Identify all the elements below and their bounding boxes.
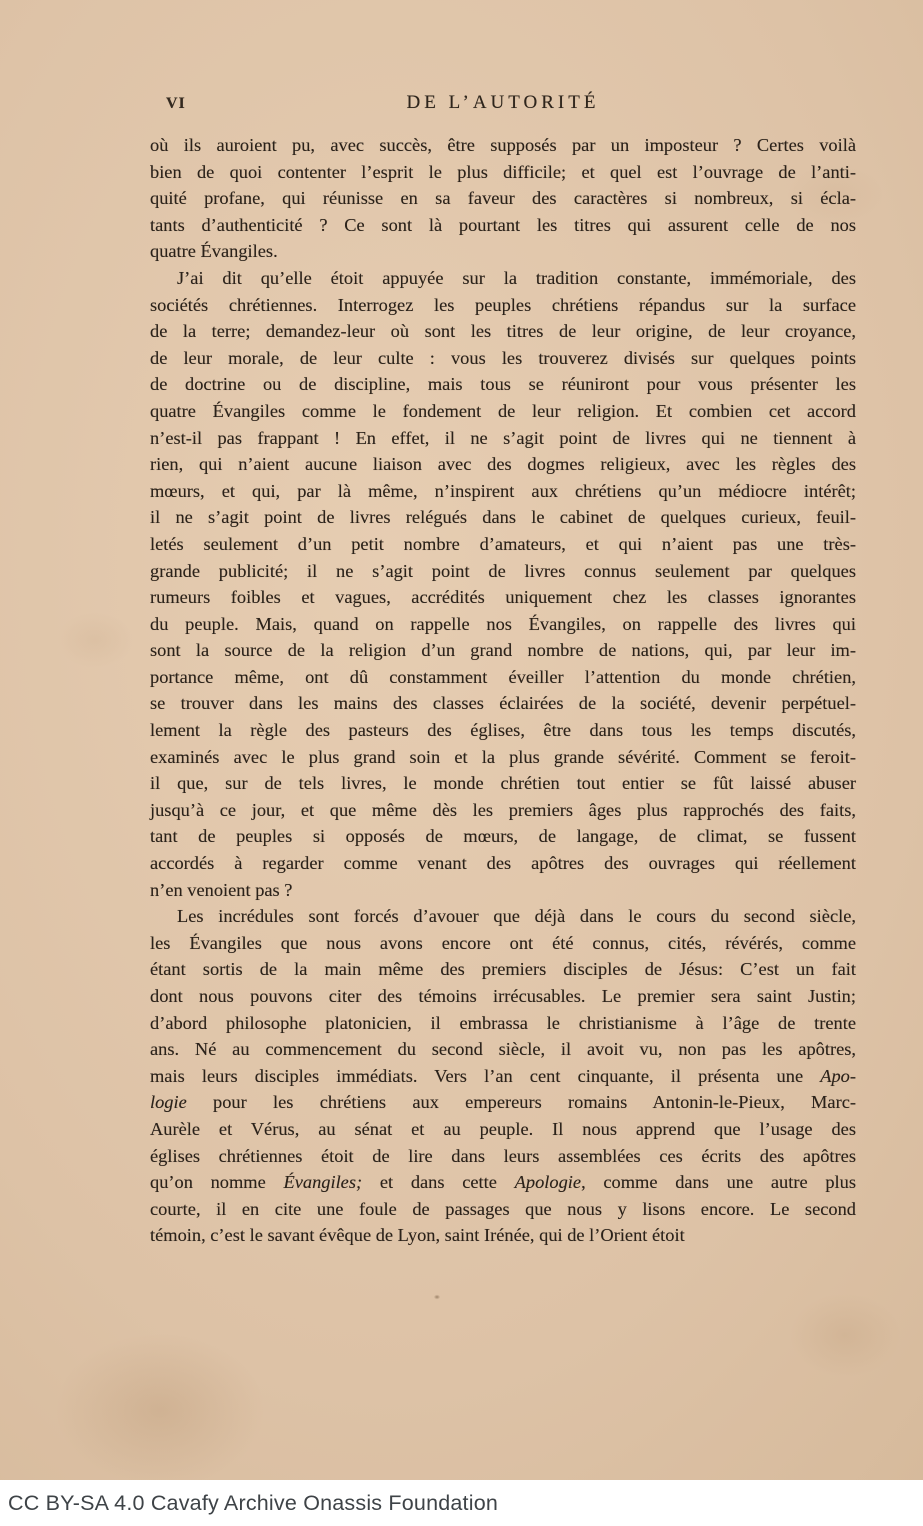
text-segment: du peuple. Mais, quand on rappelle nos É… bbox=[150, 614, 856, 634]
text-line: grande publicité; il ne s’agit point de … bbox=[150, 558, 856, 585]
text-segment: accordés à regarder comme venant des apô… bbox=[150, 853, 856, 873]
text-line: letés seulement d’un petit nombre d’amat… bbox=[150, 531, 856, 558]
text-line: rumeurs foibles et vagues, accrédités un… bbox=[150, 584, 856, 611]
text-line: courte, il en cite une foule de passages… bbox=[150, 1196, 856, 1223]
text-line: quité profane, qui réunisse en sa faveur… bbox=[150, 185, 856, 212]
text-segment: mais leurs disciples immédiats. Vers l’a… bbox=[150, 1066, 820, 1086]
text-segment: lement la règle des pasteurs des églises… bbox=[150, 720, 856, 740]
italic-text-segment: Apo- bbox=[820, 1066, 856, 1086]
text-line: n’en venoient pas ? bbox=[150, 877, 856, 904]
text-line: les Évangiles que nous avons encore ont … bbox=[150, 930, 856, 957]
text-segment: grande publicité; il ne s’agit point de … bbox=[150, 561, 856, 581]
text-segment: n’en venoient pas ? bbox=[150, 880, 292, 900]
text-line: d’abord philosophe platonicien, il embra… bbox=[150, 1010, 856, 1037]
text-segment: portance même, ont dû constamment éveill… bbox=[150, 667, 856, 687]
text-line: bien de quoi contenter l’esprit le plus … bbox=[150, 159, 856, 186]
text-segment: dont nous pouvons citer des témoins irré… bbox=[150, 986, 856, 1006]
text-segment: tants d’authenticité ? Ce sont là pourta… bbox=[150, 215, 856, 235]
text-line: il ne s’agit point de livres relégués da… bbox=[150, 504, 856, 531]
text-segment: et dans cette bbox=[362, 1172, 515, 1192]
text-segment: rien, qui n’aient aucune liaison avec de… bbox=[150, 454, 856, 474]
text-line: de la terre; demandez-leur où sont les t… bbox=[150, 318, 856, 345]
text-segment: n’est-il pas frappant ! En effet, il ne … bbox=[150, 428, 856, 448]
text-segment: de leur morale, de leur culte : vous les… bbox=[150, 348, 856, 368]
text-line: logie pour les chrétiens aux empereurs r… bbox=[150, 1089, 856, 1116]
italic-text-segment: Apologie bbox=[515, 1172, 581, 1192]
text-segment: quité profane, qui réunisse en sa faveur… bbox=[150, 188, 856, 208]
text-segment: tant de peuples si opposés de mœurs, de … bbox=[150, 826, 856, 846]
text-line: il que, sur de tels livres, le monde chr… bbox=[150, 770, 856, 797]
text-line: tants d’authenticité ? Ce sont là pourta… bbox=[150, 212, 856, 239]
text-line: n’est-il pas frappant ! En effet, il ne … bbox=[150, 425, 856, 452]
text-segment: sociétés chrétiennes. Interrogez les peu… bbox=[150, 295, 856, 315]
text-segment: Aurèle et Vérus, au sénat et au peuple. … bbox=[150, 1119, 856, 1139]
text-segment: se trouver dans les mains des classes éc… bbox=[150, 693, 856, 713]
text-line: témoin, c’est le savant évêque de Lyon, … bbox=[150, 1222, 856, 1249]
text-segment: étant sortis de la main même des premier… bbox=[150, 959, 856, 979]
text-line: dont nous pouvons citer des témoins irré… bbox=[150, 983, 856, 1010]
text-segment: jusqu’à ce jour, et que même dès les pre… bbox=[150, 800, 856, 820]
text-line: tant de peuples si opposés de mœurs, de … bbox=[150, 823, 856, 850]
text-line: mœurs, et qui, par là même, n’inspirent … bbox=[150, 478, 856, 505]
text-segment: de doctrine ou de discipline, mais tous … bbox=[150, 374, 856, 394]
text-line: rien, qui n’aient aucune liaison avec de… bbox=[150, 451, 856, 478]
text-line: se trouver dans les mains des classes éc… bbox=[150, 690, 856, 717]
text-segment: il ne s’agit point de livres relégués da… bbox=[150, 507, 856, 527]
text-line: églises chrétiennes étoit de lire dans l… bbox=[150, 1143, 856, 1170]
text-segment: églises chrétiennes étoit de lire dans l… bbox=[150, 1146, 856, 1166]
text-segment: rumeurs foibles et vagues, accrédités un… bbox=[150, 587, 856, 607]
license-caption-bar: CC BY-SA 4.0 Cavafy Archive Onassis Foun… bbox=[0, 1480, 923, 1526]
book-page-scan: VI DE L’AUTORITÉ où ils auroient pu, ave… bbox=[0, 0, 923, 1480]
text-segment: qu’on nomme bbox=[150, 1172, 283, 1192]
text-line: accordés à regarder comme venant des apô… bbox=[150, 850, 856, 877]
text-line: examinés avec le plus grand soin et la p… bbox=[150, 744, 856, 771]
text-segment: de la terre; demandez-leur où sont les t… bbox=[150, 321, 856, 341]
page-text: où ils auroient pu, avec succès, être su… bbox=[150, 132, 856, 1249]
text-line: sont la source de la religion d’un grand… bbox=[150, 637, 856, 664]
text-segment: courte, il en cite une foule de passages… bbox=[150, 1199, 856, 1219]
text-line: quatre Évangiles. bbox=[150, 238, 856, 265]
text-segment: il que, sur de tels livres, le monde chr… bbox=[150, 773, 856, 793]
text-segment: examinés avec le plus grand soin et la p… bbox=[150, 747, 856, 767]
text-line: de doctrine ou de discipline, mais tous … bbox=[150, 371, 856, 398]
text-segment: , comme dans une autre plus bbox=[581, 1172, 856, 1192]
text-line: jusqu’à ce jour, et que même dès les pre… bbox=[150, 797, 856, 824]
text-segment: letés seulement d’un petit nombre d’amat… bbox=[150, 534, 856, 554]
text-segment: quatre Évangiles. bbox=[150, 241, 278, 261]
text-line: J’ai dit qu’elle étoit appuyée sur la tr… bbox=[150, 265, 856, 292]
text-line: Aurèle et Vérus, au sénat et au peuple. … bbox=[150, 1116, 856, 1143]
text-line: mais leurs disciples immédiats. Vers l’a… bbox=[150, 1063, 856, 1090]
text-segment: Les incrédules sont forcés d’avouer que … bbox=[177, 906, 856, 926]
text-segment: d’abord philosophe platonicien, il embra… bbox=[150, 1013, 856, 1033]
text-line: portance même, ont dû constamment éveill… bbox=[150, 664, 856, 691]
text-line: de leur morale, de leur culte : vous les… bbox=[150, 345, 856, 372]
text-line: sociétés chrétiennes. Interrogez les peu… bbox=[150, 292, 856, 319]
text-segment: pour les chrétiens aux empereurs romains… bbox=[187, 1092, 856, 1112]
license-caption: CC BY-SA 4.0 Cavafy Archive Onassis Foun… bbox=[0, 1491, 498, 1516]
text-segment: sont la source de la religion d’un grand… bbox=[150, 640, 856, 660]
text-segment: où ils auroient pu, avec succès, être su… bbox=[150, 135, 856, 155]
text-segment: quatre Évangiles comme le fondement de l… bbox=[150, 401, 856, 421]
text-segment: bien de quoi contenter l’esprit le plus … bbox=[150, 162, 856, 182]
text-line: où ils auroient pu, avec succès, être su… bbox=[150, 132, 856, 159]
text-line: quatre Évangiles comme le fondement de l… bbox=[150, 398, 856, 425]
text-line: ans. Né au commencement du second siècle… bbox=[150, 1036, 856, 1063]
text-line: lement la règle des pasteurs des églises… bbox=[150, 717, 856, 744]
text-segment: mœurs, et qui, par là même, n’inspirent … bbox=[150, 481, 856, 501]
text-line: du peuple. Mais, quand on rappelle nos É… bbox=[150, 611, 856, 638]
text-line: Les incrédules sont forcés d’avouer que … bbox=[150, 903, 856, 930]
text-line: étant sortis de la main même des premier… bbox=[150, 956, 856, 983]
text-segment: les Évangiles que nous avons encore ont … bbox=[150, 933, 856, 953]
text-segment: J’ai dit qu’elle étoit appuyée sur la tr… bbox=[177, 268, 856, 288]
running-header: DE L’AUTORITÉ bbox=[150, 92, 856, 114]
text-segment: ans. Né au commencement du second siècle… bbox=[150, 1039, 856, 1059]
text-segment: témoin, c’est le savant évêque de Lyon, … bbox=[150, 1225, 685, 1245]
text-line: qu’on nomme Évangiles; et dans cette Apo… bbox=[150, 1169, 856, 1196]
italic-text-segment: Évangiles; bbox=[283, 1172, 362, 1192]
italic-text-segment: logie bbox=[150, 1092, 187, 1112]
